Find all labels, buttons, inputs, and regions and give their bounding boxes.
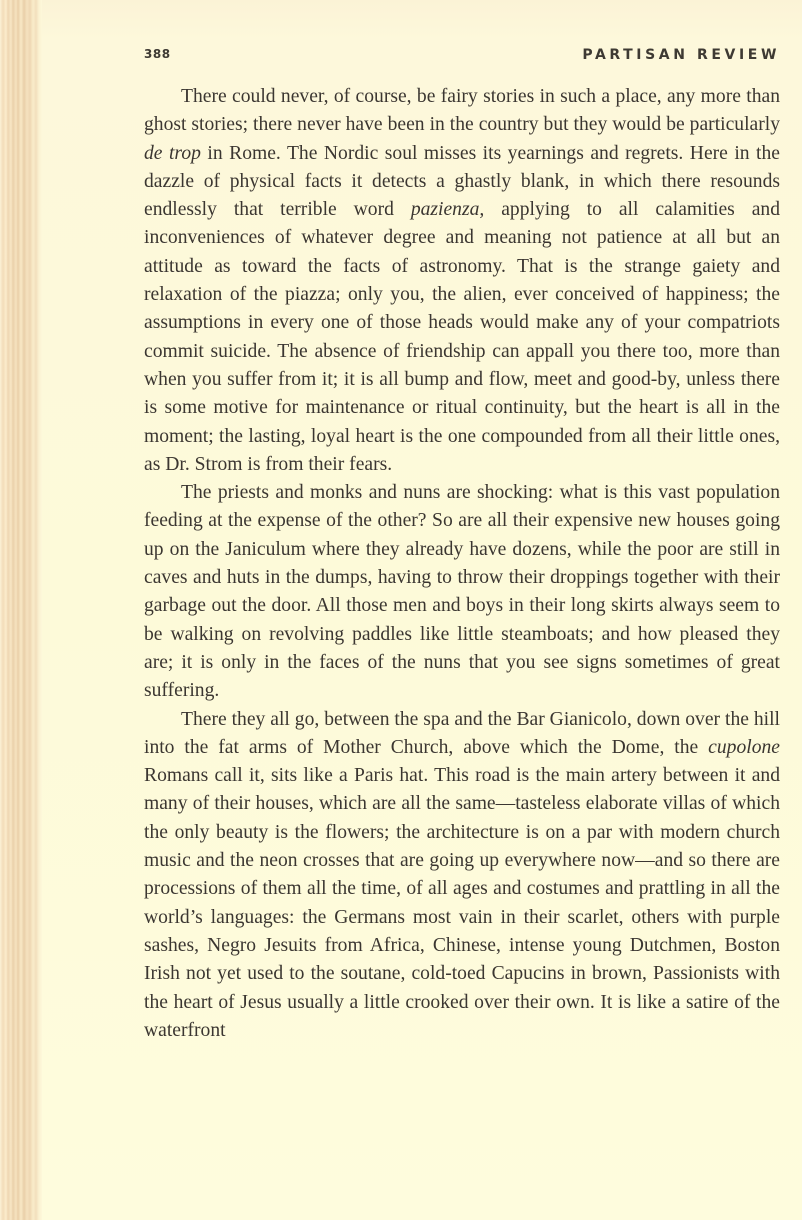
journal-title: PARTISAN REVIEW <box>582 47 780 63</box>
body-text: There could never, of course, be fairy s… <box>144 83 780 1045</box>
running-head: 388 PARTISAN REVIEW <box>144 47 780 67</box>
paragraph-1: There could never, of course, be fairy s… <box>144 83 780 479</box>
text-segment: The priests and monks and nuns are shock… <box>144 482 780 701</box>
book-page: 388 PARTISAN REVIEW There could never, o… <box>0 0 802 1220</box>
page-number: 388 <box>144 47 171 61</box>
paragraph-2: The priests and monks and nuns are shock… <box>144 479 780 705</box>
paragraph-3: There they all go, between the spa and t… <box>144 706 780 1046</box>
page-edge-stack <box>0 0 42 1220</box>
italic-phrase-de-trop: de trop <box>144 143 201 164</box>
text-segment: applying to all calamities and inconveni… <box>144 199 780 475</box>
italic-phrase-pazienza: pazienza, <box>411 199 484 220</box>
text-segment: There could never, of course, be fairy s… <box>144 86 780 135</box>
text-segment: Romans call it, sits like a Paris hat. T… <box>144 765 780 1041</box>
italic-phrase-cupolone: cupolone <box>708 737 780 758</box>
text-segment: There they all go, between the spa and t… <box>144 709 780 758</box>
